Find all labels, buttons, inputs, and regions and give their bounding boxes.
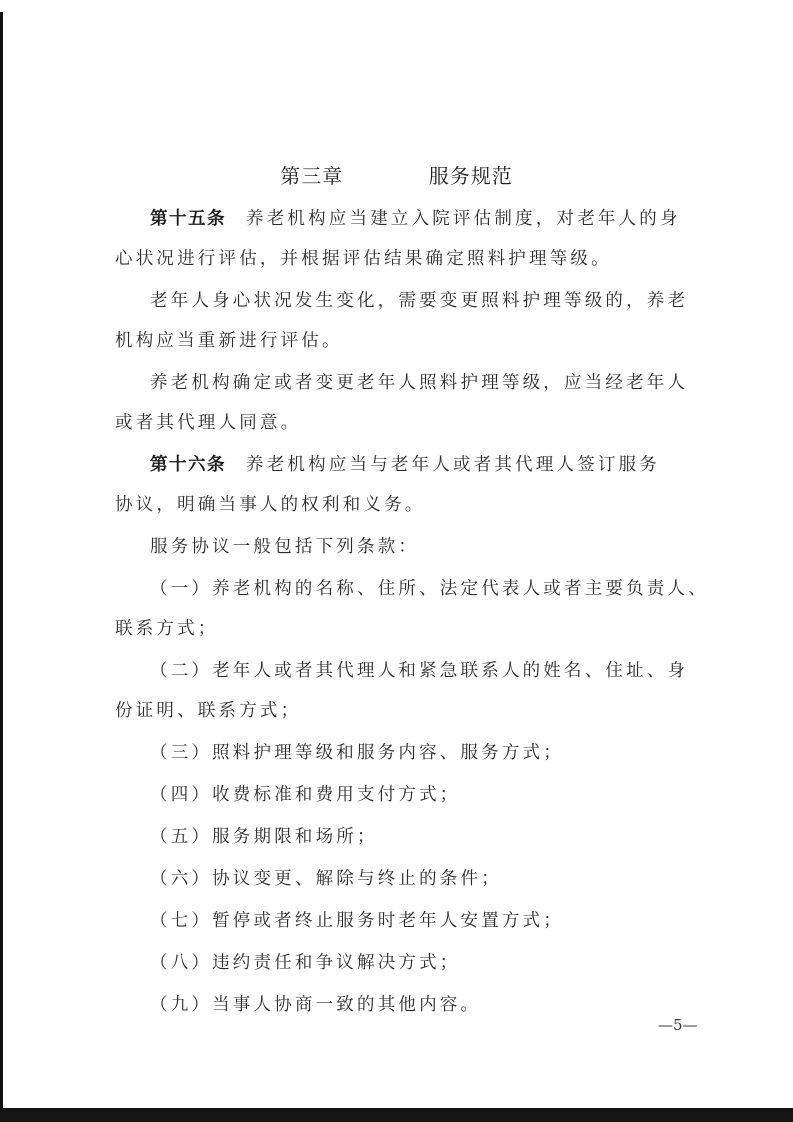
clause-1-text-1: 养老机构的名称、住所、法定代表人或者主要负责人、 <box>212 579 709 599</box>
clause-6-text: 协议变更、解除与终止的条件； <box>212 869 502 889</box>
article-15-p3-line-1: 养老机构确定或者变更老年人照料护理等级，应当经老年人 <box>150 369 688 394</box>
clause-2-line-1: （二）老年人或者其代理人和紧急联系人的姓名、住址、身 <box>150 657 688 682</box>
scan-border-bottom <box>0 1108 793 1122</box>
article-16-label: 第十六条 <box>150 455 226 475</box>
clause-1-line-1: （一）养老机构的名称、住所、法定代表人或者主要负责人、 <box>150 575 709 600</box>
clause-3-text: 照料护理等级和服务内容、服务方式； <box>212 743 564 763</box>
clause-8-num: （八） <box>150 953 212 973</box>
article-15-p2-line-1: 老年人身心状况发生变化，需要变更照料护理等级的，养老 <box>150 287 688 312</box>
document-page: 第三章 服务规范 第十五条养老机构应当建立入院评估制度，对老年人的身 心状况进行… <box>0 0 793 1108</box>
clause-9-num: （九） <box>150 995 212 1015</box>
clause-4-num: （四） <box>150 785 212 805</box>
clause-1-line-2: 联系方式； <box>115 615 219 640</box>
clause-7: （七）暂停或者终止服务时老年人安置方式； <box>150 907 564 932</box>
clause-4: （四）收费标准和费用支付方式； <box>150 781 461 806</box>
page-number: —5— <box>658 1016 698 1034</box>
clause-8: （八）违约责任和争议解决方式； <box>150 949 461 974</box>
article-15-text-1: 养老机构应当建立入院评估制度，对老年人的身 <box>246 209 681 229</box>
article-16-line-1: 第十六条养老机构应当与老年人或者其代理人签订服务 <box>150 451 660 476</box>
clause-9-text: 当事人协商一致的其他内容。 <box>212 995 481 1015</box>
article-15-label: 第十五条 <box>150 209 226 229</box>
clause-5: （五）服务期限和场所； <box>150 823 378 848</box>
clause-7-text: 暂停或者终止服务时老年人安置方式； <box>212 911 564 931</box>
clause-2-text-1: 老年人或者其代理人和紧急联系人的姓名、住址、身 <box>212 661 688 681</box>
clause-4-text: 收费标准和费用支付方式； <box>212 785 460 805</box>
article-16-p2-line-1: 服务协议一般包括下列条款： <box>150 533 419 558</box>
article-15-p2-line-2: 机构应当重新进行评估。 <box>115 327 343 352</box>
clause-3: （三）照料护理等级和服务内容、服务方式； <box>150 739 564 764</box>
clause-5-text: 服务期限和场所； <box>212 827 378 847</box>
clause-9: （九）当事人协商一致的其他内容。 <box>150 991 481 1016</box>
article-15-line-2: 心状况进行评估，并根据评估结果确定照料护理等级。 <box>115 245 612 270</box>
article-16-text-1: 养老机构应当与老年人或者其代理人签订服务 <box>246 455 660 475</box>
article-16-line-2: 协议，明确当事人的权利和义务。 <box>115 491 426 516</box>
clause-3-num: （三） <box>150 743 212 763</box>
clause-1-num: （一） <box>150 579 212 599</box>
clause-8-text: 违约责任和争议解决方式； <box>212 953 460 973</box>
clause-6: （六）协议变更、解除与终止的条件； <box>150 865 502 890</box>
article-15-line-1: 第十五条养老机构应当建立入院评估制度，对老年人的身 <box>150 205 681 230</box>
clause-7-num: （七） <box>150 911 212 931</box>
clause-2-line-2: 份证明、联系方式； <box>115 697 301 722</box>
article-15-p3-line-2: 或者其代理人同意。 <box>115 409 301 434</box>
chapter-title: 第三章 服务规范 <box>0 160 793 189</box>
clause-6-num: （六） <box>150 869 212 889</box>
clause-2-num: （二） <box>150 661 212 681</box>
clause-5-num: （五） <box>150 827 212 847</box>
